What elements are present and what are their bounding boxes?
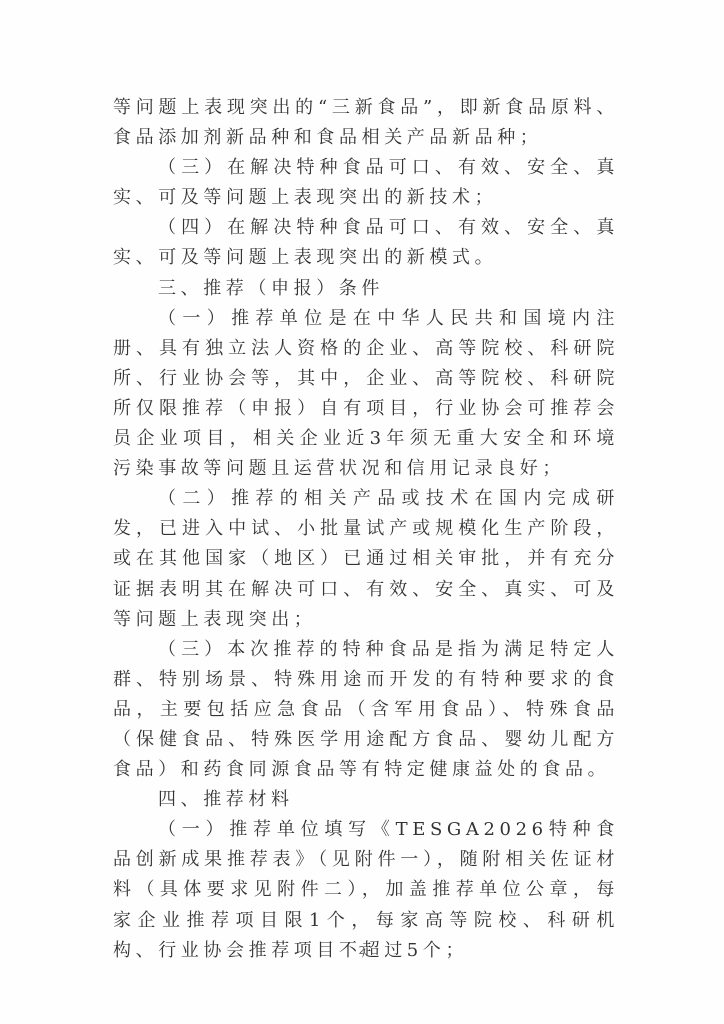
paragraph-condition-3: （三）本次推荐的特种食品是指为满足特定人群、特别场景、特殊用途而开发的有特种要求… — [113, 635, 619, 785]
paragraph-continuation-three-new-foods: 等问题上表现突出的“三新食品”，即新食品原料、食品添加剂新品种和食品相关产品新品… — [113, 93, 619, 153]
paragraph-item-3-new-technology: （三）在解决特种食品可口、有效、安全、真实、可及等问题上表现突出的新技术； — [113, 153, 619, 213]
document-page: 等问题上表现突出的“三新食品”，即新食品原料、食品添加剂新品种和食品相关产品新品… — [0, 0, 724, 1024]
paragraph-item-4-new-model: （四）在解决特种食品可口、有效、安全、真实、可及等问题上表现突出的新模式。 — [113, 213, 619, 273]
section-heading-3-conditions: 三、推荐（申报）条件 — [113, 274, 619, 304]
paragraph-condition-1: （一）推荐单位是在中华人民共和国境内注册、具有独立法人资格的企业、高等院校、科研… — [113, 304, 619, 485]
section-heading-4-materials: 四、推荐材料 — [113, 785, 619, 815]
document-body: 等问题上表现突出的“三新食品”，即新食品原料、食品添加剂新品种和食品相关产品新品… — [113, 93, 619, 966]
paragraph-condition-2: （二）推荐的相关产品或技术在国内完成研发，已进入中试、小批量试产或规模化生产阶段… — [113, 484, 619, 634]
page-number: 2 — [0, 944, 724, 957]
